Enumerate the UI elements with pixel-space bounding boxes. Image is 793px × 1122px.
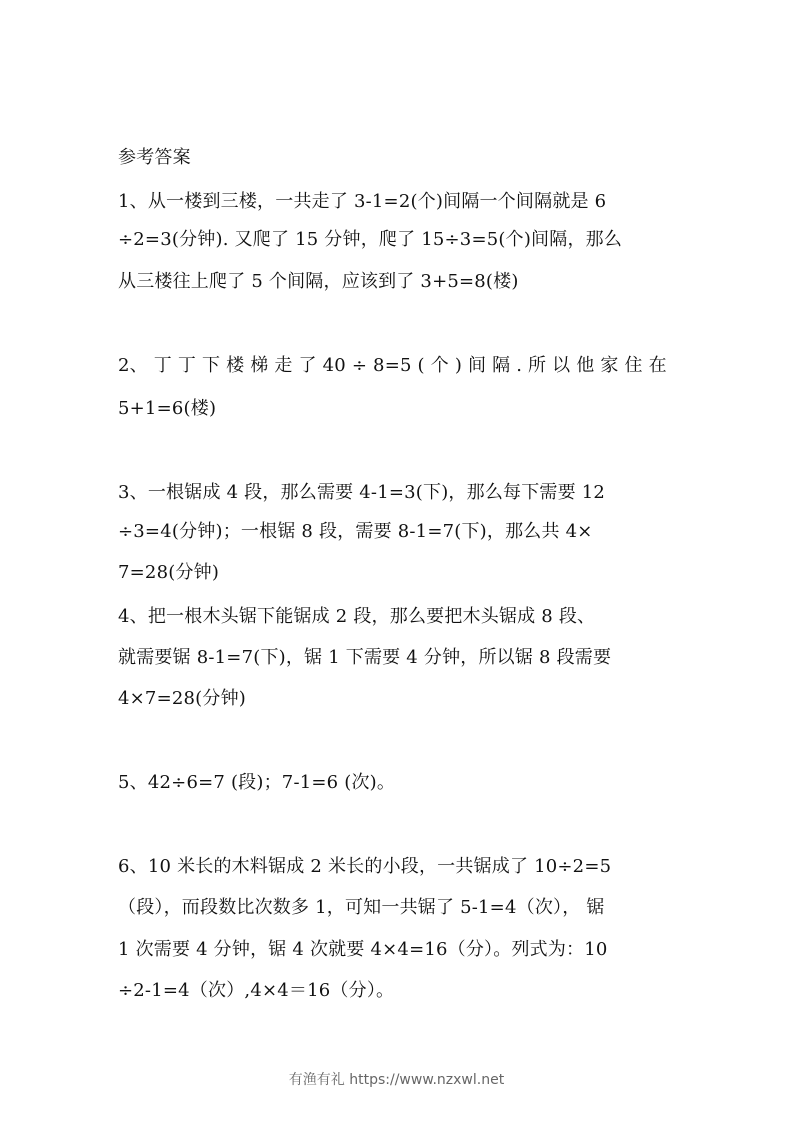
- answer-line: 4×7=28(分钟): [118, 688, 246, 710]
- answer-line: ÷2=3(分钟). 又爬了 15 分钟，爬了 15÷3=5(个)间隔，那么: [118, 229, 622, 251]
- answer-line: 2、 丁 丁 下 楼 梯 走 了 40 ÷ 8=5 ( 个 ) 间 隔 . 所 …: [118, 355, 667, 377]
- answer-line: 5+1=6(楼): [118, 398, 216, 420]
- document-title: 参考答案: [118, 147, 191, 169]
- answer-line: 5、42÷6=7 (段)；7-1=6 (次)。: [118, 772, 395, 794]
- answer-line: 3、一根锯成 4 段，那么需要 4-1=3(下)，那么每下需要 12: [118, 482, 605, 504]
- answer-line: 6、10 米长的木料锯成 2 米长的小段，一共锯成了 10÷2=5: [118, 856, 611, 878]
- answer-line: 1 次需要 4 分钟，锯 4 次就要 4×4=16（分）。列式为：10: [118, 939, 608, 961]
- footer-watermark: 有渔有礼 https://www.nzxwl.net: [0, 1069, 793, 1089]
- answer-line: 7=28(分钟): [118, 562, 219, 584]
- answer-line: 从三楼往上爬了 5 个间隔，应该到了 3+5=8(楼): [118, 271, 519, 293]
- answer-line: （段），而段数比次数多 1，可知一共锯了 5-1=4（次）， 锯: [118, 897, 605, 919]
- answer-line: 就需要锯 8-1=7(下)，锯 1 下需要 4 分钟，所以锯 8 段需要: [118, 647, 611, 669]
- answer-line: 1、从一楼到三楼，一共走了 3-1=2(个)间隔一个间隔就是 6: [118, 191, 606, 213]
- answer-line: ÷2-1=4（次）,4×4＝16（分）。: [118, 980, 394, 1002]
- answer-line: ÷3=4(分钟)；一根锯 8 段，需要 8-1=7(下)，那么共 4×: [118, 521, 593, 543]
- answer-line: 4、把一根木头锯下能锯成 2 段，那么要把木头锯成 8 段、: [118, 606, 595, 628]
